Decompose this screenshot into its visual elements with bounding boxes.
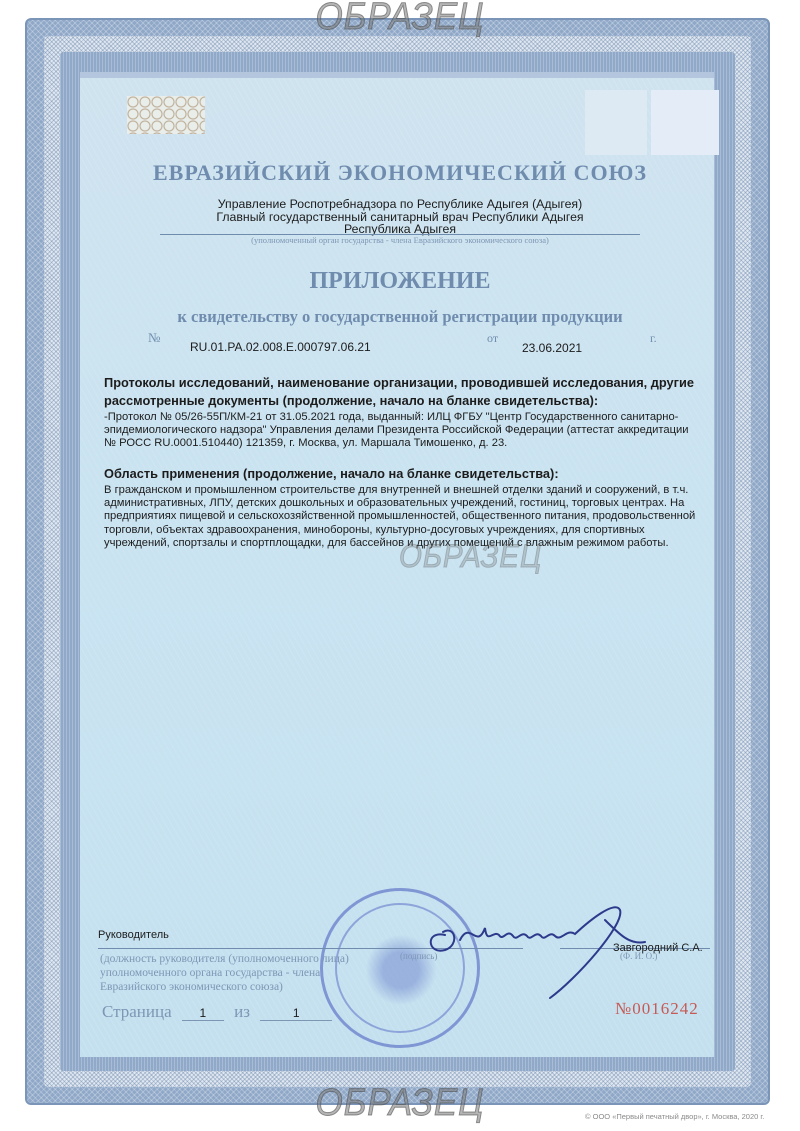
registration-number: RU.01.РА.02.008.Е.000797.06.21 bbox=[190, 340, 371, 354]
number-label: № bbox=[148, 330, 160, 346]
authority-caption: (уполномоченный орган государства - член… bbox=[0, 235, 800, 245]
pagination: Страница 1 из 1 bbox=[102, 1002, 332, 1022]
scope-heading: Область применения (продолжение, начало … bbox=[104, 465, 700, 483]
authority-line: Управление Роспотребнадзора по Республик… bbox=[0, 198, 800, 211]
serial-number: №0016242 bbox=[615, 999, 699, 1019]
page-total: 1 bbox=[260, 1006, 332, 1021]
union-title: ЕВРАЗИЙСКИЙ ЭКОНОМИЧЕСКИЙ СОЮЗ bbox=[0, 160, 800, 186]
year-suffix: г. bbox=[650, 331, 657, 346]
hologram-icon bbox=[127, 96, 205, 134]
page-current: 1 bbox=[182, 1006, 224, 1021]
page-label: Страница bbox=[102, 1002, 172, 1021]
protocols-body: -Протокол № 05/26-55П/КМ-21 от 31.05.202… bbox=[104, 411, 700, 451]
position-caption: (должность руководителя (уполномоченного… bbox=[100, 952, 360, 994]
security-box-right bbox=[651, 90, 719, 155]
head-label: Руководитель bbox=[98, 929, 169, 941]
protocols-section: Протоколы исследований, наименование орг… bbox=[104, 374, 700, 451]
security-box-left bbox=[585, 90, 647, 155]
document-subtitle: к свидетельству о государственной регист… bbox=[0, 307, 800, 327]
date-label: от bbox=[487, 331, 498, 346]
watermark-middle: ОБРАЗЕЦ bbox=[399, 538, 491, 575]
issuing-authority: Управление Роспотребнадзора по Республик… bbox=[0, 198, 800, 236]
document-title: ПРИЛОЖЕНИЕ bbox=[0, 268, 800, 295]
printer-copyright: © ООО «Первый печатный двор», г. Москва,… bbox=[585, 1112, 764, 1121]
of-label: из bbox=[234, 1002, 250, 1021]
handwritten-signature-icon bbox=[415, 890, 655, 1000]
watermark-top: ОБРАЗЕЦ bbox=[32, 0, 768, 39]
registration-date: 23.06.2021 bbox=[522, 341, 582, 355]
protocols-heading: Протоколы исследований, наименование орг… bbox=[104, 374, 700, 410]
